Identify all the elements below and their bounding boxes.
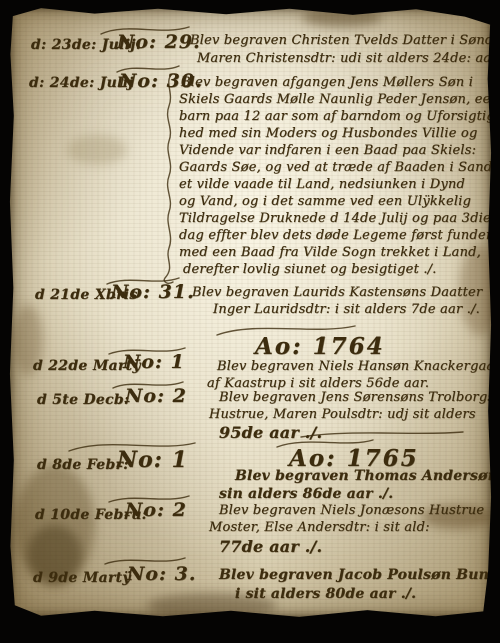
entry-line: Skiels Gaards Mølle Naunlig Peder Jensøn…	[179, 92, 494, 107]
entry-line: Blev begraven Niels Hansøn Knackergaard	[217, 359, 494, 374]
entry-number: No: 3.	[127, 563, 197, 585]
entry-line: Moster, Else Andersdtr: i sit ald:	[209, 520, 430, 535]
paper-stain	[302, 7, 382, 27]
entry-number: No: 29.	[117, 31, 201, 53]
entry-line: sin alders 86de aar ./.	[219, 486, 393, 502]
entry-line: Hustrue, Maren Poulsdtr: udj sit alders	[209, 407, 476, 422]
entry-line: med een Baad fra Vilde Sogn trekket i La…	[179, 245, 481, 260]
entry-line: 77de aar ./.	[219, 537, 322, 556]
entry-line: hed med sin Moders og Husbondes Villie o…	[179, 126, 477, 141]
entry-line: Inger Lauridsdtr: i sit alders 7de aar .…	[213, 302, 480, 317]
entry-line: Vidende var indfaren i een Baad paa Skie…	[179, 143, 476, 158]
entry-line: 95de aar ./.	[219, 423, 322, 442]
paper-stain	[15, 465, 95, 585]
entry-line: barn paa 12 aar som af barndom og Uforsi…	[179, 109, 494, 124]
entry-number: No: 2	[125, 499, 187, 521]
photo-frame: d: 23de: Julij. No: 29. Blev begraven Ch…	[0, 0, 500, 643]
entry-number: No: 1	[123, 351, 185, 373]
entry-line: Tildragelse Druknede d 14de Julij og paa…	[179, 211, 494, 226]
entry-line: derefter lovlig siunet og besigtiget ./.	[183, 262, 437, 277]
entry-line: Blev begraven Niels Jonæsons Hustrue	[219, 503, 484, 518]
entry-line: Blev begraven Thomas Andersøn ~	[235, 468, 494, 484]
entry-date: d 9de Martÿ	[33, 570, 131, 586]
paper-stain	[67, 135, 127, 165]
entry-line: dag effter blev dets døde Legeme først f…	[179, 228, 494, 243]
entry-line: et vilde vaade til Land, nedsiunken i Dy…	[179, 177, 465, 192]
entry-line: Blev begraven Laurids Kastensøns Daatter	[192, 285, 482, 300]
entry-line: Blev begraven Jacob Poulsøn Bunch	[219, 567, 494, 583]
entry-line: Blev begraven Christen Tvelds Datter i S…	[190, 33, 494, 48]
entry-line: Blev begraven Jens Sørensøns Trolborgs	[219, 390, 494, 405]
pen-flourish	[299, 429, 465, 439]
year-heading: Ao: 1764	[255, 333, 385, 360]
entry-number: No: 31.	[111, 281, 195, 303]
entry-line: Blev begraven afgangen Jens Møllers Søn …	[181, 75, 473, 90]
entry-date: d 8de Febr:	[37, 457, 129, 473]
entry-brace	[159, 73, 177, 287]
entry-line: Gaards Søe, og ved at træde af Baaden i …	[179, 160, 494, 175]
entry-number: No: 1	[117, 447, 188, 473]
manuscript-page: d: 23de: Julij. No: 29. Blev begraven Ch…	[7, 5, 494, 620]
entry-number: No: 2	[125, 385, 187, 407]
entry-line: af Kaastrup i sit alders 56de aar.	[207, 376, 429, 391]
entry-date: d 5te Decb:	[37, 392, 129, 408]
entry-line: i sit alders 80de aar ./.	[235, 586, 416, 602]
entry-line: og Vand, og i det samme ved een Ulÿkkeli…	[179, 194, 471, 209]
entry-line: Maren Christensdtr: udi sit alders 24de:…	[197, 51, 494, 66]
